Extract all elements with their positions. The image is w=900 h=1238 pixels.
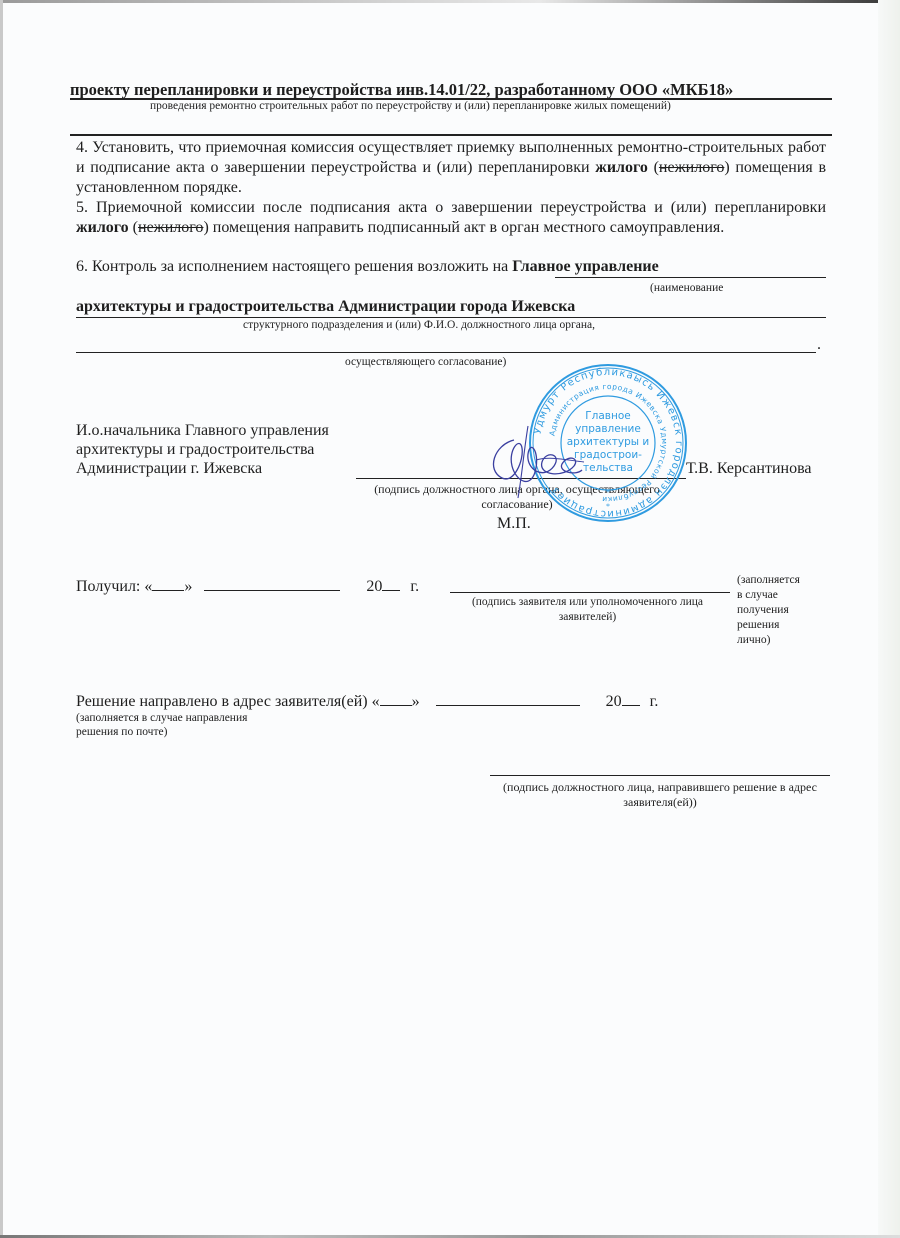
sent-line: Решение направлено в адрес заявителя(ей)… (76, 691, 658, 711)
header-project-line: проекту перепланировки и переустройства … (70, 80, 733, 100)
svg-text:Главное: Главное (585, 410, 631, 422)
section-divider (70, 134, 832, 136)
received-year-field[interactable] (382, 576, 400, 591)
paragraph-4-struck-word: нежилого (659, 159, 724, 176)
sent-year-prefix: 20 (606, 693, 622, 710)
paragraph-5-text-end: ) помещения направить подписанный акт в … (203, 219, 724, 236)
paragraph-5-struck-word: нежилого (138, 219, 203, 236)
received-line: Получил: «» 20 г. (76, 576, 419, 596)
paragraph-4: 4. Установить, что приемочная комиссия о… (76, 138, 826, 198)
signatory-title: И.о.начальника Главного управления архит… (76, 421, 329, 478)
sent-year-field[interactable] (622, 691, 640, 706)
scan-edge-top (0, 0, 900, 3)
paragraph-6-fill-line-3 (76, 352, 816, 353)
signatory-name: Т.В. Керсантинова (686, 460, 812, 478)
received-note-line: получения (737, 603, 800, 618)
received-day-field[interactable] (152, 576, 184, 591)
received-label: Получил: « (76, 578, 152, 595)
sent-note-line: (заполняется в случае направления (76, 711, 247, 725)
paragraph-6-caption-name: (наименование (650, 282, 723, 294)
sent-month-field[interactable] (436, 691, 580, 706)
paragraph-6: 6. Контроль за исполнением настоящего ре… (76, 258, 659, 276)
sent-signature-caption: (подпись должностного лица, направившего… (490, 780, 830, 810)
sent-year-suffix: г. (650, 693, 659, 710)
sent-note: (заполняется в случае направления решени… (76, 711, 247, 739)
handwritten-signature-icon (484, 420, 584, 500)
received-signature-caption: (подпись заявителя или уполномоченного л… (445, 595, 730, 625)
sent-note-line: решения по почте) (76, 725, 247, 739)
paragraph-6-caption-approval: осуществляющего согласование) (345, 356, 506, 368)
svg-text:управление: управление (575, 423, 641, 435)
sent-label: Решение направлено в адрес заявителя(ей)… (76, 693, 380, 710)
paragraph-6-period: . (817, 336, 821, 354)
sent-day-field[interactable] (380, 691, 412, 706)
signatory-title-line: И.о.начальника Главного управления (76, 421, 329, 440)
received-signature-line[interactable] (450, 592, 730, 593)
received-note-line: лично) (737, 633, 800, 648)
paragraph-6-fill-line-1 (555, 277, 826, 278)
header-caption: проведения ремонтно строительных работ п… (150, 100, 671, 112)
paragraph-5-bold-word: жилого (76, 219, 129, 236)
received-note-line: (заполняется (737, 573, 800, 588)
svg-text:*: * (606, 502, 610, 511)
svg-text:градострои-: градострои- (574, 449, 642, 461)
paren: ( (648, 159, 659, 176)
quote-close: » (412, 693, 420, 710)
paragraph-6-text: 6. Контроль за исполнением настоящего ре… (76, 258, 512, 275)
paragraph-6-department: архитектуры и градостроительства Админис… (76, 298, 575, 316)
received-note-line: в случае (737, 588, 800, 603)
sent-signature-line[interactable] (490, 775, 830, 776)
paragraph-4-bold-word: жилого (595, 159, 648, 176)
received-note-line: решения (737, 618, 800, 633)
paragraph-6-fill-line-2 (76, 317, 826, 318)
signatory-title-line: архитектуры и градостроительства (76, 440, 329, 459)
svg-text:тельства: тельства (583, 462, 633, 474)
received-year-suffix: г. (410, 578, 419, 595)
received-year-prefix: 20 (366, 578, 382, 595)
scan-edge-left (0, 0, 3, 1238)
quote-close: » (184, 578, 192, 595)
paragraph-6-caption-subdivision: структурного подразделения и (или) Ф.И.О… (243, 319, 595, 331)
received-note: (заполняется в случае получения решения … (737, 573, 800, 648)
seal-place-label: М.П. (497, 515, 531, 533)
paren: ( (129, 219, 138, 236)
paragraph-5: 5. Приемочной комиссии после подписания … (76, 198, 826, 238)
received-month-field[interactable] (204, 576, 340, 591)
paragraph-5-text: 5. Приемочной комиссии после подписания … (76, 199, 826, 216)
svg-text:*: * (606, 488, 610, 497)
scan-edge-right (878, 0, 900, 1238)
paragraph-6-bold-text: Главное управление (512, 258, 658, 275)
signatory-title-line: Администрации г. Ижевска (76, 459, 329, 478)
